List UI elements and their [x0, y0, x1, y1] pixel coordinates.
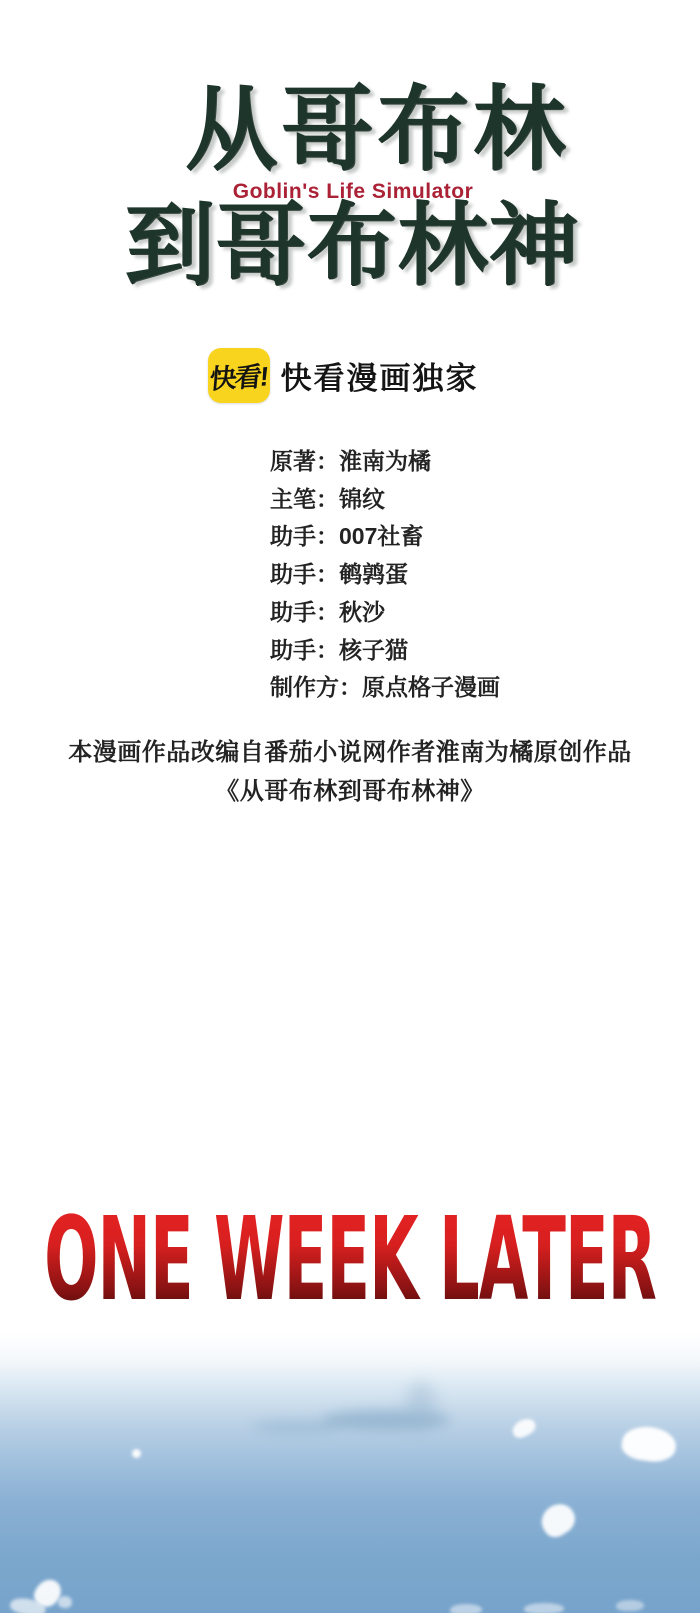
- title-line-2: 到哥布林神: [4, 199, 700, 294]
- adaptation-note-line-1: 本漫画作品改编自番茄小说网作者淮南为橘原创作品: [0, 733, 700, 772]
- credit-colon: ：: [316, 486, 339, 512]
- petal: [450, 1604, 482, 1613]
- distant-cloud-smudge: [252, 1420, 342, 1434]
- credit-colon: ：: [316, 523, 339, 549]
- sky-background: [0, 1332, 700, 1613]
- petal: [524, 1603, 564, 1613]
- credit-name: 淮南为橘: [339, 448, 431, 474]
- credit-colon: ：: [316, 637, 339, 663]
- cloud-wisp: [406, 1382, 436, 1430]
- publisher-exclusive-label: 快看漫画独家: [281, 353, 479, 398]
- credit-row-assistant-4: 助手：核子猫: [270, 632, 500, 670]
- one-week-later-caption: ONE WEEK LATER: [44, 1194, 656, 1327]
- credit-colon: ：: [316, 448, 339, 474]
- credit-role: 助手: [270, 523, 316, 549]
- credit-name: 原点格子漫画: [362, 674, 500, 700]
- credit-role: 助手: [270, 561, 316, 587]
- credit-role: 制作方: [270, 674, 339, 700]
- petal: [132, 1449, 141, 1458]
- credit-role: 原著: [270, 448, 316, 474]
- petal: [616, 1600, 644, 1611]
- credit-row-producer: 制作方：原点格子漫画: [270, 669, 500, 707]
- credit-name: 秋沙: [339, 599, 385, 625]
- scene-caption-wrap: ONE WEEK LATER: [0, 1206, 700, 1316]
- credit-row-lead-artist: 主笔：锦纹: [270, 481, 500, 519]
- credit-row-assistant-3: 助手：秋沙: [270, 594, 500, 632]
- credit-row-assistant-2: 助手：鹌鹑蛋: [270, 556, 500, 594]
- credit-role: 助手: [270, 599, 316, 625]
- credit-name: 鹌鹑蛋: [339, 561, 408, 587]
- publisher-row: 快看! 快看漫画独家: [0, 346, 686, 404]
- credit-name: 007社畜: [339, 523, 423, 549]
- credit-role: 主笔: [270, 486, 316, 512]
- credit-colon: ：: [339, 674, 362, 700]
- kuaikan-logo-icon: 快看!: [208, 348, 270, 403]
- adaptation-note-line-2: 《从哥布林到哥布林神》: [0, 772, 700, 811]
- credit-row-assistant-1: 助手：007社畜: [270, 518, 500, 556]
- title-line-1: 从哥布林: [54, 82, 700, 180]
- credits-list: 原著：淮南为橘 主笔：锦纹 助手：007社畜 助手：鹌鹑蛋 助手：秋沙 助手：核…: [270, 443, 500, 707]
- credit-name: 锦纹: [339, 486, 385, 512]
- adaptation-note: 本漫画作品改编自番茄小说网作者淮南为橘原创作品 《从哥布林到哥布林神》: [0, 733, 700, 811]
- credit-role: 助手: [270, 637, 316, 663]
- credit-name: 核子猫: [339, 637, 408, 663]
- credit-colon: ：: [316, 561, 339, 587]
- kuaikan-logo-text: 快看!: [208, 354, 269, 396]
- credit-row-original-author: 原著：淮南为橘: [270, 443, 500, 481]
- credit-colon: ：: [316, 599, 339, 625]
- manga-title-page: 从哥布林 Goblin's Life Simulator 到哥布林神 快看! 快…: [0, 0, 700, 1613]
